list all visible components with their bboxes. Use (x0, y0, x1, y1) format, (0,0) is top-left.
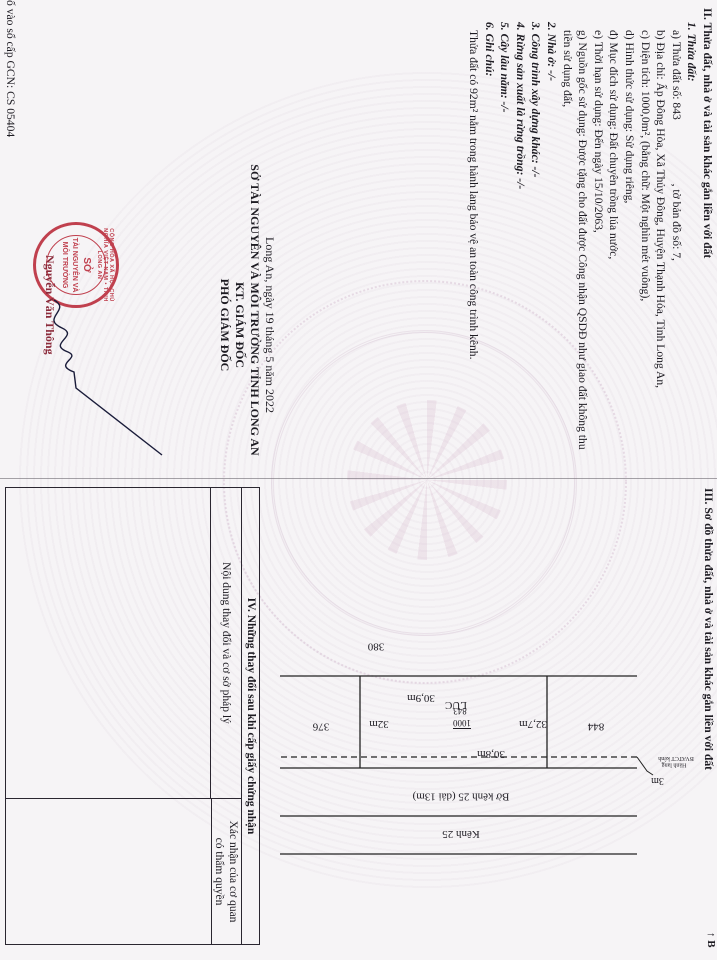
column-changes: Nội dung thay đổi và cơ sở pháp lý (6, 488, 241, 799)
area: c) Diện tích: 1000,0m², (bằng chữ: Một n… (637, 8, 653, 468)
section-ii: II. Thửa đất, nhà ở và tài sản khác gắn … (466, 8, 716, 468)
certificate-sheet: II. Thửa đất, nhà ở và tài sản khác gắn … (0, 0, 717, 960)
column-confirmation: Xác nhận của cơ quan có thẩm quyền (6, 799, 241, 944)
confirm-header-line-1: Xác nhận của cơ quan (226, 799, 240, 944)
corridor-label-2: BVATCT kênh (658, 755, 694, 761)
section-iv-title: IV. Những thay đổi sau khi cấp giấy chứn… (241, 488, 259, 944)
parcel-line: a) Thửa đất số: 843 , tờ bản đồ số: 7, (668, 8, 684, 468)
usage-form: d) Hình thức sử dụng: Sử dụng riêng, (621, 8, 637, 468)
signature-block: Long An, ngày 19 tháng 5 năm 2022 SỞ TÀI… (217, 190, 277, 460)
edge-right: 32,7m (519, 718, 547, 730)
confirm-header-line-2: có thẩm quyền (212, 799, 226, 944)
section-ii-title: II. Thửa đất, nhà ở và tài sản khác gắn … (699, 8, 715, 468)
column-changes-header: Nội dung thay đổi và cơ sở pháp lý (210, 488, 241, 798)
issuing-authority: SỞ TÀI NGUYÊN VÀ MÔI TRƯỜNG TỈNH LONG AN (247, 160, 262, 460)
edge-bottom: 30,8m (477, 748, 505, 760)
usage-term: e) Thời hạn sử dụng: Đến ngày 15/10/2063… (590, 8, 606, 468)
usage-purpose: đ) Mục đích sử dụng: Đất chuyên trồng lú… (606, 8, 622, 468)
neighbor-right: 844 (588, 720, 605, 732)
registry-note: ố vào sổ cấp GCN: CS 05404 (4, 0, 17, 137)
edge-top: 30,9m (407, 692, 435, 704)
corridor-width: 3m (651, 775, 664, 786)
on-behalf: KT. GIÁM ĐỐC (232, 190, 247, 460)
place-date: Long An, ngày 19 tháng 5 năm 2022 (262, 190, 277, 460)
production-forest: 4. Rừng sản xuất là rừng trồng: -/- (512, 8, 528, 468)
map-sheet-number: , tờ bản đồ số: 7, (670, 184, 683, 261)
signer-position: PHÓ GIÁM ĐỐC (217, 190, 232, 460)
neighbor-left: 376 (313, 720, 330, 732)
column-confirmation-header: Xác nhận của cơ quan có thẩm quyền (211, 799, 241, 944)
parcel-number: a) Thửa đất số: 843 (670, 30, 683, 120)
address: b) Địa chỉ: Ấp Đông Hòa, Xã Thủy Đông, H… (653, 8, 669, 468)
notes-text: Thửa đất có 92m² nằm trong hành lang bảo… (466, 8, 482, 468)
neighbor-top: 380 (368, 640, 385, 652)
usage-origin-cont: tiền sử dụng đất, (559, 8, 575, 468)
corridor-label-1: Hành lang (662, 761, 687, 767)
edge-left: 32m (369, 718, 389, 730)
changes-table: IV. Những thay đổi sau khi cấp giấy chứn… (5, 487, 260, 945)
signer-name: Nguyễn Văn Thông (42, 255, 57, 355)
other-construction: 3. Công trình xây dựng khác: -/- (528, 8, 544, 468)
canal-name: Kênh 25 (442, 828, 480, 840)
notes-heading: 6. Ghi chú: (481, 8, 497, 468)
parcel-area: 1000 (453, 718, 471, 728)
canal-bank-label: Bờ kênh 25 (dải 13m) (413, 790, 510, 802)
house: 2. Nhà ở: -/- (543, 8, 559, 468)
usage-origin: g) Nguồn gốc sử dụng: Được tặng cho đất … (575, 8, 591, 468)
land-heading: 1. Thửa đất: (684, 8, 700, 468)
parcel-number: 843 (453, 706, 467, 716)
perennial-trees: 5. Cây lâu năm: -/- (497, 8, 513, 468)
